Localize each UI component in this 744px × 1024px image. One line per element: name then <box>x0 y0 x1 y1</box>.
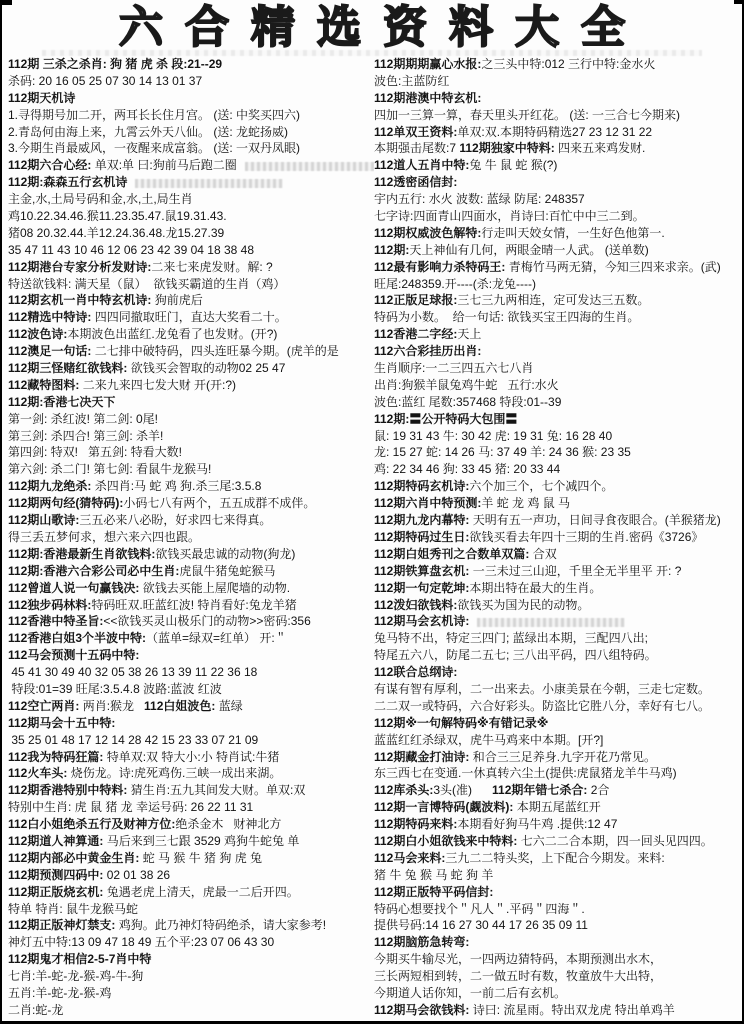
text-line: 猪 牛 兔 猴 马 蛇 狗 羊 <box>374 867 740 884</box>
text-line: 七肖:羊-蛇-龙-猴-鸡-牛-狗 <box>8 968 374 985</box>
text-line: 112期正版特平码信封: <box>374 884 740 901</box>
text-line: 112期马会欲钱料: 诗曰: 流星雨。特出双龙虎 特出单鸡羊 <box>374 1002 740 1019</box>
line-heading-text: 112期白姐秀刊之合数单双篇: <box>374 547 529 561</box>
line-body-text: 猪 牛 兔 猴 马 蛇 狗 羊 <box>374 868 493 882</box>
text-line: 特单 特肖: 鼠牛龙猴马蛇 <box>8 901 374 918</box>
line-body-text: 提供号码:14 16 27 30 44 17 26 35 09 11 <box>374 918 588 932</box>
text-line: 112期预测四码中: 02 01 38 26 <box>8 867 374 884</box>
line-heading-text: 112期预测四码中: <box>8 868 103 882</box>
line-heading-text: 112香港白姐3个半波中特: <box>8 631 146 645</box>
text-line: 112期玄机一肖中特玄机诗: 狗前虎后 <box>8 292 374 309</box>
line-body-text: 二肖:蛇-龙 <box>8 1003 63 1017</box>
text-line: 2.青岛何由海上来，九霄云外天八仙。 (送: 龙蛇扬威) <box>8 124 374 141</box>
text-line: 杀码: 20 16 05 25 07 30 14 13 01 37 <box>8 73 374 90</box>
line-body-text: 单双:单 曰:狗前马后跑二圈 <box>91 158 236 172</box>
line-body-text: 天上 <box>457 327 481 341</box>
text-line: 旺尾:248359.开----(杀:龙兔----) <box>374 276 740 293</box>
line-heading-text: 112期期期赢心水报: <box>374 57 481 71</box>
text-line: 3.今期生肖最威风，一夜醒来成富翁。 (送: 一双丹凤眼) <box>8 140 374 157</box>
text-line: 112期港澳中特玄机: <box>374 90 740 107</box>
text-line: 七字诗:四面青山四面水，肖诗曰:百忙中中三二到。 <box>374 208 740 225</box>
text-line: 今期买牛输尽光，一四两边猜特码，本期预测出水木， <box>374 951 740 968</box>
text-line: 112马会来料:三九二二特头奖，上下配合今期发。来料: <box>374 850 740 867</box>
text-line: 112单双王资料:单双:双.本期特码精选27 23 12 31 22 <box>374 124 740 141</box>
text-line: 112正版足球报:三七三九两相连，定可发达三五数。 <box>374 292 740 309</box>
line-heading-text: 112期:香港最新生肖欲钱料: <box>8 547 155 561</box>
text-line: 112期九龙内幕特: 天明有五一声功，日间寻食夜眼合。(羊猴猪龙) <box>374 512 740 529</box>
text-line: 112期白姐秀刊之合数单双篇: 合双 <box>374 546 740 563</box>
text-line: 鼠: 19 31 43 牛: 30 42 虎: 19 31 兔: 16 28 4… <box>374 428 740 445</box>
line-body-text: 诗曰: 流星雨。特出双龙虎 特出单鸡羊 <box>469 1003 674 1017</box>
line-body-text: 特单 特肖: 鼠牛龙猴马蛇 <box>8 902 138 916</box>
text-line: 龙: 15 27 蛇: 14 26 马: 37 49 羊: 24 36 猴: 2… <box>374 444 740 461</box>
line-body-text: 行走叫天姣女情，一生好色他第一. <box>481 226 664 240</box>
line-heading-text: 112火车头: <box>8 766 67 780</box>
line-body-text: 3.今期生肖最威风，一夜醒来成富翁。 (送: 一双丹凤眼) <box>8 141 300 155</box>
line-heading-text: 112正版足球报: <box>374 293 457 307</box>
line-heading-text: 112单双王资料: <box>374 125 457 139</box>
text-line: 112期六肖中特预测:羊 蛇 龙 鸡 鼠 马 <box>374 495 740 512</box>
line-heading-text: 112期九龙绝杀: <box>8 479 91 493</box>
line-body-text: <<欲钱买灵山极乐门的动物>>密码:356 <box>103 614 310 628</box>
line-body-text: 第六剑: 杀二门! 第七剑: 看鼠牛龙猴马! <box>8 462 211 476</box>
line-body-text: 2合 <box>587 783 609 797</box>
text-line: 二二双一或特码，六合好彩头。防盗比它胜八分，幸好有七八。 <box>374 698 740 715</box>
line-heading-text: 112期一言博特码(觑波料): <box>374 800 513 814</box>
line-body-text: 今期买牛输尽光，一四两边猜特码，本期预测出水木， <box>374 952 662 966</box>
line-body-text: 鸡10.22.34.46.猴11.23.35.47.鼠19.31.43. <box>8 209 227 223</box>
line-heading-text: 112藏特图料: <box>8 378 79 392</box>
text-line: 蓝蓝红红杀绿双，虎牛马鸡来中本期。[开?] <box>374 732 740 749</box>
text-line: 112香港二字经:天上 <box>374 326 740 343</box>
line-body-text: 出肖:狗猴羊鼠兔鸡牛蛇 五行:水火 <box>374 378 559 392</box>
text-line: 鸡: 22 34 46 狗: 33 45 猪: 20 33 44 <box>374 461 740 478</box>
line-body-text: 本期看好狗马牛鸡 .提供:12 47 <box>457 817 617 831</box>
line-body-text: 特单双:双 特大小:小 特肖试:牛猪 <box>103 750 279 764</box>
line-body-text: 欲钱买为国为民的动物。 <box>457 598 589 612</box>
line-heading-text: 112期天机诗 <box>8 91 75 105</box>
line-heading-text: 112期 三杀之杀肖: 狗 猪 虎 杀 段:21--29 <box>8 57 222 71</box>
line-body-text: 二来七来虎发财。解: ? <box>151 260 272 274</box>
text-line: 本期强击尾数:7 112期独家中特料: 四来五来鸡发财. <box>374 140 740 157</box>
line-body-text: 羊 蛇 龙 鸡 鼠 马 <box>481 496 570 510</box>
line-body-text: 特码旺双.旺蓝红波! 特肖看好:兔龙羊猪 <box>91 598 296 612</box>
line-body-text: 蓝绿 <box>215 699 242 713</box>
text-line: 112期九龙绝杀: 杀四肖:马 蛇 鸡 狗.杀三尾:3.5.8 <box>8 478 374 495</box>
scan-smudge <box>245 162 374 171</box>
line-body-text: 本期五尾蓝红开 <box>513 800 600 814</box>
line-body-text: 七肖:羊-蛇-龙-猴-鸡-牛-狗 <box>8 969 143 983</box>
line-body-text: 五肖:羊-蛇-龙-猴-鸡 <box>8 986 111 1000</box>
line-heading-text: 112期马会欲钱料: <box>374 1003 469 1017</box>
text-line: 112期港台专家分析发财诗:二来七来虎发财。解: ? <box>8 259 374 276</box>
scan-smudge <box>135 179 283 188</box>
text-line: 112曾道人说一句赢钱决: 欲钱去买能上屋爬墙的动物. <box>8 580 374 597</box>
line-heading-text: 112最有影响力杀特码王: <box>374 260 505 274</box>
line-body-text: 龙: 15 27 蛇: 14 26 马: 37 49 羊: 24 36 猴: 2… <box>374 445 631 459</box>
text-line: 112期特码过生日:欲钱买看去年四十三期的生肖.密码《3726》 <box>374 529 740 546</box>
line-heading-text: 112期脑筋急转弯: <box>374 935 469 949</box>
line-heading-text: 112波色诗: <box>8 327 67 341</box>
text-line: 112期一言博特码(觑波料): 本期五尾蓝红开 <box>374 799 740 816</box>
line-heading-text: 112期特码来料: <box>374 817 457 831</box>
text-line: 五肖:羊-蛇-龙-猴-鸡 <box>8 985 374 1002</box>
line-body-text: 七六二二合本期，四一回头见四四。 <box>517 834 712 848</box>
text-line: 112香港中特圣旨:<<欲钱买灵山极乐门的动物>>密码:356 <box>8 613 374 630</box>
text-line: 112藏特图料: 二来九来四七发大财 开(开:?) <box>8 377 374 394</box>
text-line: 112期:天上神仙有几何，两眼金晴一人武。 (送单数) <box>374 242 740 259</box>
text-line: 112白小姐绝杀五行及财神方位:绝杀金木 财神北方 <box>8 816 374 833</box>
line-heading-text: 112期特码过生日: <box>374 530 469 544</box>
text-line: 四加一三算一算，春天里头开红花。 (送: 一三合七今期来) <box>374 107 740 124</box>
line-body-text: 35 25 01 48 17 12 14 28 42 15 23 33 07 2… <box>8 733 258 747</box>
line-body-text: （蓝单=绿双=红单） 开:＂ <box>146 631 287 645</box>
line-heading-text: 112期玄机一肖中特玄机诗: <box>8 293 151 307</box>
line-heading-text: 112透密函信封: <box>374 175 457 189</box>
line-body-text: 旺尾:248359.开----(杀:龙兔----) <box>374 277 536 291</box>
text-line: 三长两短相到转，二一做五时有数，牧童放牛大出特， <box>374 968 740 985</box>
line-body-text: 单双:双.本期特码精选27 23 12 31 22 <box>457 125 652 139</box>
line-body-text: 1.寻得期号加二开，两耳长长住月宫。 (送: 中奖买四六) <box>8 108 300 122</box>
line-heading-text: 112曾道人说一句赢钱决: <box>8 581 139 595</box>
text-line: 112期:香港六合彩公司必中生肖:虎鼠牛猪兔蛇猴马 <box>8 563 374 580</box>
line-body-text: 和合三三足养身.九字开花乃常见。 <box>469 750 656 764</box>
line-heading-text: 112期马会玄机诗: <box>374 614 469 628</box>
line-body-text: 兔马特不出，特定三四门; 蓝绿出本期，三配四八出; <box>374 631 648 645</box>
text-line: 特段:01=39 旺尾:3.5.4.8 波路:蓝波 红波 <box>8 681 374 698</box>
text-line: 112期道人神算通: 马后来到三七跟 3529 鸡狗牛蛇兔 单 <box>8 833 374 850</box>
line-body-text: 特送欲钱料: 满天星（鼠） 欲钱买霸道的生肖（鸡） <box>8 277 285 291</box>
text-line: 112期 三杀之杀肖: 狗 猪 虎 杀 段:21--29 <box>8 56 374 73</box>
line-heading-text: 112期年错七杀合: <box>492 783 587 797</box>
text-line: 112期鬼才相信2-5-7肖中特 <box>8 951 374 968</box>
text-line: 112期:香港最新生肖欲钱料:欲钱买最忠诚的动物(狗龙) <box>8 546 374 563</box>
text-line: 112澳足一句话: 二七排中破特码，四头连旺暴今期。(虎羊的是 <box>8 343 374 360</box>
text-line: 波色:蓝红 尾数:357468 特段:01--39 <box>374 394 740 411</box>
text-line: 112期正版烧玄机: 兔遇老虎上清天，虎最一二后开四。 <box>8 884 374 901</box>
text-line: 112期特码玄机诗:六个加三个，七个减四个。 <box>374 478 740 495</box>
line-body-text: 猪08 20.32.44.羊12.24.36.48.龙15.27.39 <box>8 226 224 240</box>
line-body-text: 蓝蓝红红杀绿双，虎牛马鸡来中本期。[开?] <box>374 733 603 747</box>
text-line: 112期马会玄机诗: <box>374 613 740 630</box>
text-line: 112空亡两肖: 两肖:猴龙 112白姐波色: 蓝绿 <box>8 698 374 715</box>
line-heading-text: 112六合彩挂历出肖: <box>374 344 481 358</box>
text-line: 特码心想要找个＂凡人＂.平码＂四海＂. <box>374 901 740 918</box>
line-body-text: 特段:01=39 旺尾:3.5.4.8 波路:蓝波 红波 <box>8 682 222 696</box>
text-line: 45 41 30 49 40 32 05 38 26 13 39 11 22 3… <box>8 664 374 681</box>
line-body-text: 两肖:猴龙 <box>79 699 144 713</box>
text-line: 第六剑: 杀二门! 第七剑: 看鼠牛龙猴马! <box>8 461 374 478</box>
text-line: 112期藏金打油诗: 和合三三足养身.九字开花乃常见。 <box>374 749 740 766</box>
line-body-text: 欲钱买会智取的动物02 25 47 <box>127 361 285 375</box>
line-body-text: 七字诗:四面青山四面水，肖诗曰:百忙中中三二到。 <box>374 209 645 223</box>
line-body-text: 虎鼠牛猪兔蛇猴马 <box>179 564 275 578</box>
line-heading-text: 112空亡两肖: <box>8 699 79 713</box>
text-line: 112道人五肖中特:兔 牛 鼠 蛇 猴(?) <box>374 157 740 174</box>
line-body-text: 今期道人话你知，一前二后有玄机。 <box>374 986 566 1000</box>
line-body-text: 特尾五六八，防尾二五七; 三八出平码，四八组特码。 <box>374 648 657 662</box>
text-line: 得三丢五梦何求，想六来六四也跟。 <box>8 529 374 546</box>
line-heading-text: 112期一句定乾坤: <box>374 581 469 595</box>
line-body-text: 天明有五一声功，日间寻食夜眼合。(羊猴猪龙) <box>469 513 720 527</box>
line-heading-text: 112期正版神灯禁支: <box>8 918 115 932</box>
line-heading-text: 112期:森森五行玄机诗 <box>8 175 127 189</box>
line-heading-text: 112期六肖中特预测: <box>374 496 481 510</box>
line-heading-text: 112期三怪赌红欲钱料: <box>8 361 127 375</box>
line-heading-text: 112期白小姐欲钱来中特料: <box>374 834 517 848</box>
text-line: 第三剑: 杀四合! 第三剑: 杀羊! <box>8 428 374 445</box>
line-body-text: 得三丢五梦何求，想六来六四也跟。 <box>8 530 200 544</box>
line-heading-text: 112联合总纲诗: <box>374 665 457 679</box>
text-line: 出肖:狗猴羊鼠兔鸡牛蛇 五行:水火 <box>374 377 740 394</box>
line-body-text: 四来五来鸡发财. <box>555 141 646 155</box>
line-body-text: 波色:蓝红 尾数:357468 特段:01--39 <box>374 395 561 409</box>
text-line: 有谋有智有厚利，二一出来去。小康美景在今朝，三走七定数。 <box>374 681 740 698</box>
line-body-text: 2.青岛何由海上来，九霄云外天八仙。 (送: 龙蛇扬威) <box>8 125 288 139</box>
line-heading-text: 112期:香港七决天下 <box>8 395 115 409</box>
line-body-text: 本期强击尾数:7 <box>374 141 459 155</box>
text-line: 特送欲钱料: 满天星（鼠） 欲钱买霸道的生肖（鸡） <box>8 276 374 293</box>
line-heading-text: 112期:〓公开特码大包围〓 <box>374 412 517 426</box>
line-body-text: 神灯五中特:13 09 47 18 49 五个平:23 07 06 43 30 <box>8 935 274 949</box>
scan-smudge <box>477 618 625 627</box>
text-line: 生肖顺序:一二三四五六七八肖 <box>374 360 740 377</box>
text-line: 112泼妇欲钱料:欲钱买为国为民的动物。 <box>374 597 740 614</box>
text-line: 112期马会十五中特: <box>8 715 374 732</box>
line-body-text: 宇内五行: 水火 波数: 蓝绿 防尾: 248357 <box>374 192 585 206</box>
line-heading-text: 112期正版烧玄机: <box>8 885 103 899</box>
text-line: 35 25 01 48 17 12 14 28 42 15 23 33 07 2… <box>8 732 374 749</box>
line-body-text: 兔遇老虎上清天，虎最一二后开四。 <box>103 885 298 899</box>
line-heading-text: 112期铁算盘玄机: <box>374 564 469 578</box>
line-heading-text: 112期权威波色解特: <box>374 226 481 240</box>
line-body-text: 杀四肖:马 蛇 鸡 狗.杀三尾:3.5.8 <box>91 479 261 493</box>
line-body-text: 鸡: 22 34 46 狗: 33 45 猪: 20 33 44 <box>374 462 560 476</box>
line-body-text: 三长两短相到转，二一做五时有数，牧童放牛大出特， <box>374 969 662 983</box>
line-body-text: 狗前虎后 <box>151 293 202 307</box>
line-heading-text: 112香港中特圣旨: <box>8 614 103 628</box>
text-line: 特码为小数。 给一句话: 欲钱买宝王四海的生肖。 <box>374 309 740 326</box>
line-body-text: 三五必来八必盼，好求四七来得真。 <box>79 513 271 527</box>
text-line: 112最有影响力杀特码王: 青梅竹马两无猜，今知三四来求亲。(武) <box>374 259 740 276</box>
line-body-text: 本期波色出蓝红.龙兔看了也发财。(开?) <box>67 327 277 341</box>
page-title: 六合精选资料大全 <box>2 0 742 52</box>
line-heading-text: 112我为特码狂篇: <box>8 750 103 764</box>
text-line: 112期内部必中黄金生肖: 蛇 马 猴 牛 猪 狗 虎 兔 <box>8 850 374 867</box>
text-line: 112六合彩挂历出肖: <box>374 343 740 360</box>
line-body-text: 波色:主蓝防红 <box>374 74 449 88</box>
line-heading-text: 112期独家中特料: <box>459 141 554 155</box>
text-line: 兔马特不出，特定三四门; 蓝绿出本期，三配四八出; <box>374 630 740 647</box>
text-line: 提供号码:14 16 27 30 44 17 26 35 09 11 <box>374 917 740 934</box>
line-heading-text: 112期两句经(猜特码): <box>8 496 123 510</box>
text-line: 特别中生肖: 虎 鼠 猪 龙 幸运号码: 26 22 11 31 <box>8 799 374 816</box>
line-heading-text: 112期马会十五中特: <box>8 716 115 730</box>
line-heading-text: 112期香港特别中特料: <box>8 783 127 797</box>
line-body-text: 欲钱去买能上屋爬墙的动物. <box>139 581 290 595</box>
line-body-text: 45 41 30 49 40 32 05 38 26 13 39 11 22 3… <box>8 665 257 679</box>
line-body-text: 第一剑: 杀红波! 第二剑: 0尾! <box>8 412 158 426</box>
text-line: 112期脑筋急转弯: <box>374 934 740 951</box>
line-body-text: 3头(准) <box>433 783 492 797</box>
text-line: 35 47 11 43 10 46 12 06 23 42 39 04 18 3… <box>8 242 374 259</box>
line-heading-text: 112香港二字经: <box>374 327 457 341</box>
right-column: 112期期期赢心水报:之三头中特:012 三行中特:金水火波色:主蓝防红112期… <box>374 56 740 1019</box>
line-body-text: 35 47 11 43 10 46 12 06 23 42 39 04 18 3… <box>8 243 254 257</box>
line-heading-text: 112期道人神算通: <box>8 834 103 848</box>
text-line: 112期白小姐欲钱来中特料: 七六二二合本期，四一回头见四四。 <box>374 833 740 850</box>
line-body-text: 四加一三算一算，春天里头开红花。 (送: 一三合七今期来) <box>374 108 680 122</box>
text-line: 鸡10.22.34.46.猴11.23.35.47.鼠19.31.43. <box>8 208 374 225</box>
text-line: 112期一句定乾坤:本期出特在最大的生肖。 <box>374 580 740 597</box>
text-line: 112期:〓公开特码大包围〓 <box>374 411 740 428</box>
lottery-info-sheet: 六合精选资料大全 112期 三杀之杀肖: 狗 猪 虎 杀 段:21--29杀码:… <box>0 0 744 1024</box>
line-heading-text: 112白姐波色: <box>144 699 215 713</box>
line-heading-text: 112期港澳中特玄机: <box>374 91 481 105</box>
line-body-text: 小码七八有两个，五五成群不成伴。 <box>123 496 315 510</box>
line-heading-text: 112期六合心经: <box>8 158 91 172</box>
line-body-text: 烧伤龙。诗:虎死鸡伤.三峡一成出来湖。 <box>67 766 281 780</box>
line-body-text: 四四同撤取旺门，直达大奖看二十。 <box>91 310 286 324</box>
text-line: 猪08 20.32.44.羊12.24.36.48.龙15.27.39 <box>8 225 374 242</box>
text-line: 112期正版神灯禁支: 鸡狗。此乃神灯特码绝杀，请大家参考! <box>8 917 374 934</box>
text-line: 112香港白姐3个半波中特:（蓝单=绿双=红单） 开:＂ <box>8 630 374 647</box>
line-heading-text: 112独步码林料: <box>8 598 91 612</box>
line-body-text: 第三剑: 杀四合! 第三剑: 杀羊! <box>8 429 163 443</box>
line-body-text: 欲钱买看去年四十三期的生肖.密码《3726》 <box>469 530 703 544</box>
line-body-text: 二二双一或特码，六合好彩头。防盗比它胜八分，幸好有七八。 <box>374 699 710 713</box>
line-body-text: 鸡狗。此乃神灯特码绝杀，请大家参考! <box>115 918 326 932</box>
text-line: 112期两句经(猜特码):小码七八有两个，五五成群不成伴。 <box>8 495 374 512</box>
content-columns: 112期 三杀之杀肖: 狗 猪 虎 杀 段:21--29杀码: 20 16 05… <box>2 52 742 1019</box>
text-line: 第四剑: 特双! 第五剑: 特看大数! <box>8 444 374 461</box>
line-heading-text: 112期特码玄机诗: <box>374 479 469 493</box>
line-body-text: 马后来到三七跟 3529 鸡狗牛蛇兔 单 <box>103 834 299 848</box>
line-body-text: 02 01 38 26 <box>103 868 170 882</box>
line-body-text: 三七三九两相连，定可发达三五数。 <box>457 293 649 307</box>
text-line: 第一剑: 杀红波! 第二剑: 0尾! <box>8 411 374 428</box>
line-body-text: 特别中生肖: 虎 鼠 猪 龙 幸运号码: 26 22 11 31 <box>8 800 253 814</box>
line-body-text: 蛇 马 猴 牛 猪 狗 虎 兔 <box>139 851 262 865</box>
line-heading-text: 112泼妇欲钱料: <box>374 598 457 612</box>
text-line: 二肖:蛇-龙 <box>8 1002 374 1019</box>
line-body-text: 兔 牛 鼠 蛇 猴(?) <box>469 158 557 172</box>
line-heading-text: 112期藏金打油诗: <box>374 750 469 764</box>
text-line: 波色:主蓝防红 <box>374 73 740 90</box>
text-line: 今期道人话你知，一前二后有玄机。 <box>374 985 740 1002</box>
text-line: 宇内五行: 水火 波数: 蓝绿 防尾: 248357 <box>374 191 740 208</box>
line-heading-text: 112期内部必中黄金生肖: <box>8 851 139 865</box>
line-body-text: 欲钱买最忠诚的动物(狗龙) <box>155 547 295 561</box>
line-body-text: 六个加三个，七个减四个。 <box>469 479 613 493</box>
line-heading-text: 112期: <box>374 243 409 257</box>
text-line: 112期:森森五行玄机诗 <box>8 174 374 191</box>
text-line: 112波色诗:本期波色出蓝红.龙兔看了也发财。(开?) <box>8 326 374 343</box>
line-body-text: 合双 <box>529 547 556 561</box>
text-line: 112联合总纲诗: <box>374 664 740 681</box>
line-heading-text: 112期:香港六合彩公司必中生肖: <box>8 564 179 578</box>
line-heading-text: 112期港台专家分析发财诗: <box>8 260 151 274</box>
text-line: 112精选中特诗: 四四同撤取旺门，直达大奖看二十。 <box>8 309 374 326</box>
text-line: 东三西七在变通.一休真转六尘土(提供:虎鼠猪龙羊牛马鸡) <box>374 765 740 782</box>
left-column: 112期 三杀之杀肖: 狗 猪 虎 杀 段:21--29杀码: 20 16 05… <box>8 56 374 1019</box>
line-body-text: 第四剑: 特双! 第五剑: 特看大数! <box>8 445 182 459</box>
text-line: 112期六合心经: 单双:单 曰:狗前马后跑二圈 <box>8 157 374 174</box>
text-line: 112期铁算盘玄机: 一三未过三山迎，千里全无半里平 开: ? <box>374 563 740 580</box>
line-body-text: 鼠: 19 31 43 牛: 30 42 虎: 19 31 兔: 16 28 4… <box>374 429 612 443</box>
text-line: 112期特码来料:本期看好狗马牛鸡 .提供:12 47 <box>374 816 740 833</box>
text-line: 112期期期赢心水报:之三头中特:012 三行中特:金水火 <box>374 56 740 73</box>
line-heading-text: 112马会预测十五码中特: <box>8 648 139 662</box>
line-body-text: 猜生肖:五九其间发大财。单双:双 <box>127 783 305 797</box>
text-line: 112期三怪赌红欲钱料: 欲钱买会智取的动物02 25 47 <box>8 360 374 377</box>
text-line: 112库杀头:3头(准) 112期年错七杀合: 2合 <box>374 782 740 799</box>
line-body-text: 特码为小数。 给一句话: 欲钱买宝王四海的生肖。 <box>374 310 639 324</box>
line-body-text: 有谋有智有厚利，二一出来去。小康美景在今朝，三走七定数。 <box>374 682 710 696</box>
line-heading-text: 112期山歌诗: <box>8 513 79 527</box>
line-heading-text: 112澳足一句话: <box>8 344 91 358</box>
line-heading-text: 112库杀头: <box>374 783 433 797</box>
line-heading-text: 112期鬼才相信2-5-7肖中特 <box>8 952 151 966</box>
text-line: 112期※一句解特码※有错记录※ <box>374 715 740 732</box>
line-body-text: 生肖顺序:一二三四五六七八肖 <box>374 361 533 375</box>
line-heading-text: 112期正版特平码信封: <box>374 885 493 899</box>
scan-artifact-band <box>42 50 702 56</box>
line-body-text: 绝杀金木 财神北方 <box>175 817 281 831</box>
line-body-text: 天上神仙有几何，两眼金晴一人武。 (送单数) <box>409 243 648 257</box>
line-body-text: 二来九来四七发大财 开(开:?) <box>79 378 236 392</box>
line-body-text: 杀码: 20 16 05 25 07 30 14 13 01 37 <box>8 74 202 88</box>
text-line: 1.寻得期号加二开，两耳长长住月宫。 (送: 中奖买四六) <box>8 107 374 124</box>
text-line: 主金,水,土局号码和金,水,土,局生肖 <box>8 191 374 208</box>
text-line: 112期香港特别中特料: 猜生肖:五九其间发大财。单双:双 <box>8 782 374 799</box>
line-heading-text: 112白小姐绝杀五行及财神方位: <box>8 817 175 831</box>
line-heading-text: 112道人五肖中特: <box>374 158 469 172</box>
line-body-text: 一三未过三山迎，千里全无半里平 开: ? <box>469 564 681 578</box>
line-body-text: 特码心想要找个＂凡人＂.平码＂四海＂. <box>374 902 585 916</box>
line-heading-text: 112马会来料: <box>374 851 445 865</box>
line-body-text: 青梅竹马两无猜，今知三四来求亲。(武) <box>505 260 720 274</box>
line-heading-text: 112期九龙内幕特: <box>374 513 469 527</box>
line-body-text: 主金,水,土局号码和金,水,土,局生肖 <box>8 192 193 206</box>
line-body-text: 之三头中特:012 三行中特:金水火 <box>481 57 655 71</box>
line-body-text: 三九二二特头奖，上下配合今期发。来料: <box>445 851 664 865</box>
text-line: 神灯五中特:13 09 47 18 49 五个平:23 07 06 43 30 <box>8 934 374 951</box>
text-line: 112马会预测十五码中特: <box>8 647 374 664</box>
text-line: 特尾五六八，防尾二五七; 三八出平码，四八组特码。 <box>374 647 740 664</box>
line-body-text: 东三西七在变通.一休真转六尘土(提供:虎鼠猪龙羊牛马鸡) <box>374 766 677 780</box>
text-line: 112独步码林料:特码旺双.旺蓝红波! 特肖看好:兔龙羊猪 <box>8 597 374 614</box>
text-line: 112期山歌诗:三五必来八必盼，好求四七来得真。 <box>8 512 374 529</box>
text-line: 112我为特码狂篇: 特单双:双 特大小:小 特肖试:牛猪 <box>8 749 374 766</box>
text-line: 112期天机诗 <box>8 90 374 107</box>
line-body-text: 本期出特在最大的生肖。 <box>469 581 601 595</box>
line-body-text: 二七排中破特码，四头连旺暴今期。(虎羊的是 <box>91 344 338 358</box>
text-line: 112期权威波色解特:行走叫天姣女情，一生好色他第一. <box>374 225 740 242</box>
line-heading-text: 112期※一句解特码※有错记录※ <box>374 716 548 730</box>
line-heading-text: 112精选中特诗: <box>8 310 91 324</box>
text-line: 112期:香港七决天下 <box>8 394 374 411</box>
text-line: 112火车头: 烧伤龙。诗:虎死鸡伤.三峡一成出来湖。 <box>8 765 374 782</box>
text-line: 112透密函信封: <box>374 174 740 191</box>
